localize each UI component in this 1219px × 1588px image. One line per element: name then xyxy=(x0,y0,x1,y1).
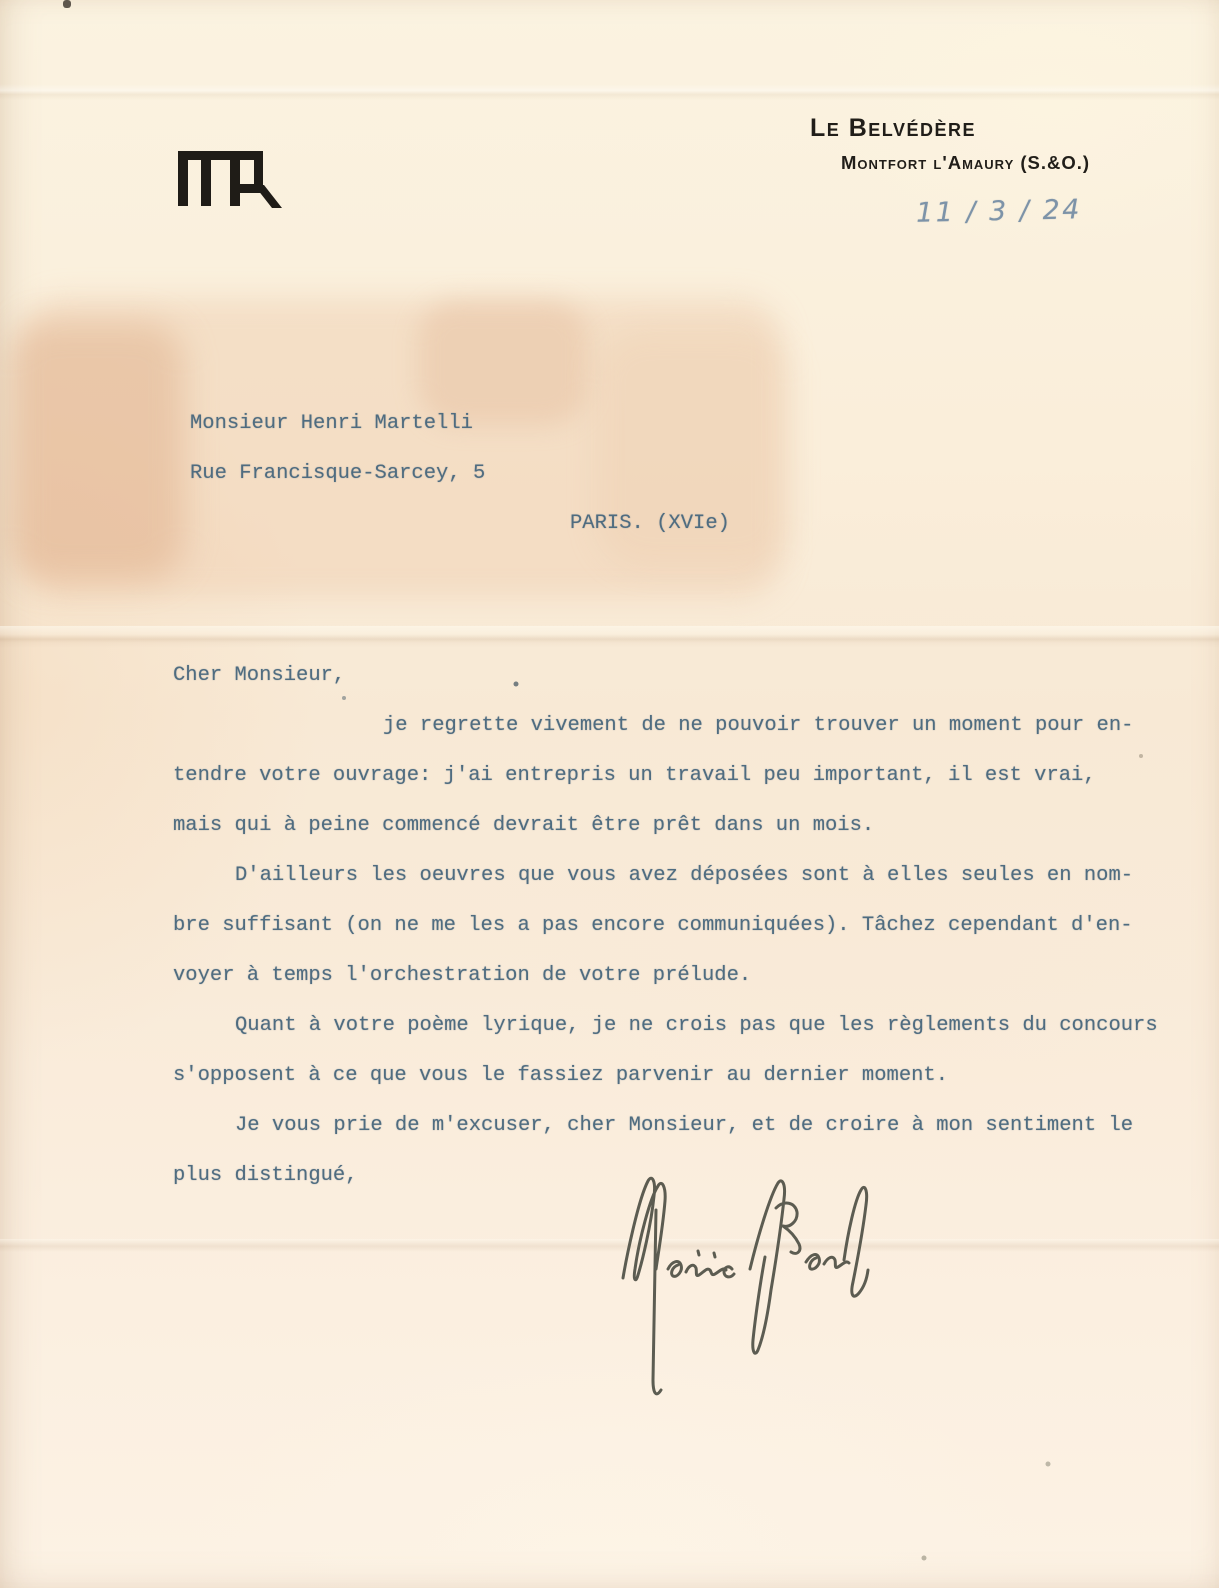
letter-line: Je vous prie de m'excuser, cher Monsieur… xyxy=(173,1101,1158,1151)
recipient-city: PARIS. (XVIe) xyxy=(570,499,730,549)
letter-line: mais qui à peine commencé devrait être p… xyxy=(173,801,1158,851)
letter-body: Cher Monsieur,je regrette vivement de ne… xyxy=(173,651,1158,1201)
letter-line: Cher Monsieur, xyxy=(173,651,1158,701)
recipient-street: Rue Francisque-Sarcey, 5 xyxy=(190,449,730,499)
letterhead-locality: Montfort l'Amaury (S.&O.) xyxy=(841,152,1090,174)
recipient-block: Monsieur Henri Martelli Rue Francisque-S… xyxy=(190,399,730,549)
letter-line: s'opposent à ce que vous le fassiez parv… xyxy=(173,1051,1158,1101)
recipient-name: Monsieur Henri Martelli xyxy=(190,399,730,449)
fold-crease xyxy=(0,84,1219,100)
mr-monogram-stamp xyxy=(178,151,284,209)
paper-specks xyxy=(0,0,2,2)
letter-line: Quant à votre poème lyrique, je ne crois… xyxy=(173,1001,1158,1051)
letter-line: D'ailleurs les oeuvres que vous avez dép… xyxy=(173,851,1158,901)
letter-line: voyer à temps l'orchestration de votre p… xyxy=(173,951,1158,1001)
handwritten-date: 11 / 3 / 24 xyxy=(916,194,1083,228)
letterhead-house-name: Le Belvédère xyxy=(810,114,976,143)
signature-maurice-ravel xyxy=(590,1172,890,1402)
letter-line: bre suffisant (on ne me les a pas encore… xyxy=(173,901,1158,951)
fold-crease xyxy=(0,626,1219,648)
letter-page: Le Belvédère Montfort l'Amaury (S.&O.) 1… xyxy=(0,0,1219,1588)
paper-stain xyxy=(8,322,184,580)
letter-line: je regrette vivement de ne pouvoir trouv… xyxy=(173,701,1158,751)
letter-line: tendre votre ouvrage: j'ai entrepris un … xyxy=(173,751,1158,801)
